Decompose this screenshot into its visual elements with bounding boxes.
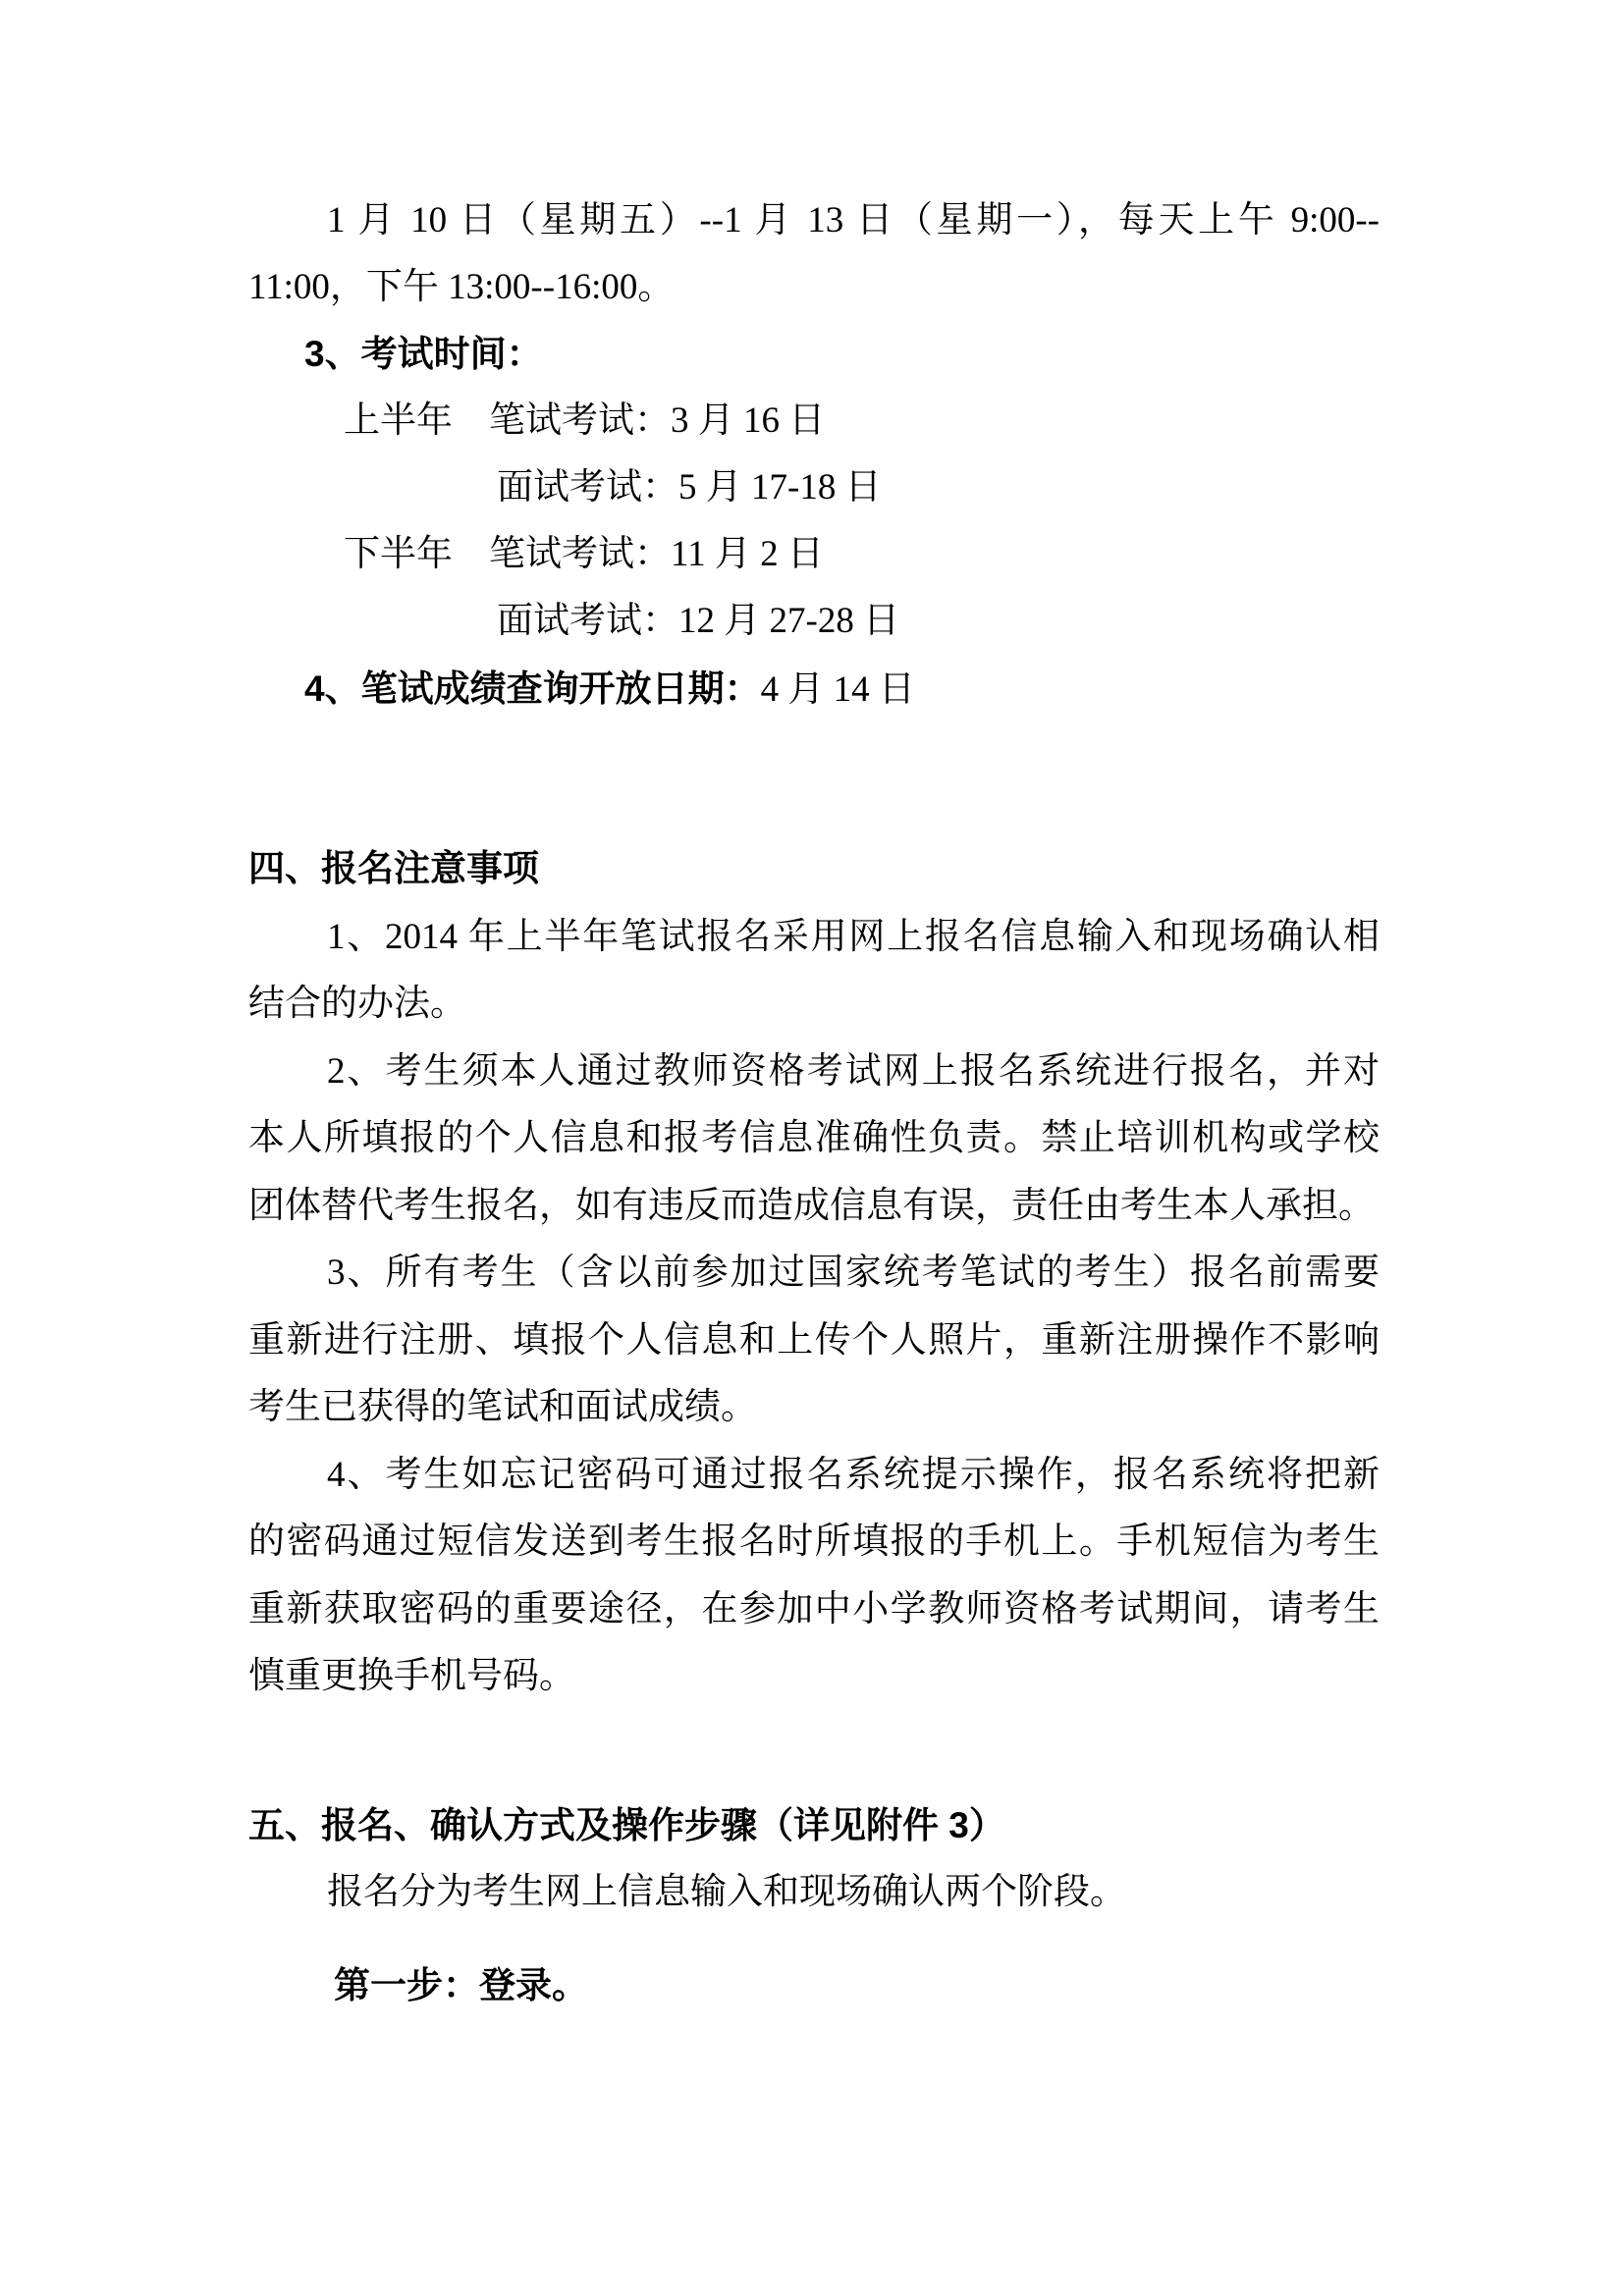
document-page: 1 月 10 日（星期五）--1 月 13 日（星期一），每天上午 9:00--… xyxy=(0,0,1624,2296)
text-line: 1 月 10 日（星期五）--1 月 13 日（星期一），每天上午 9:00-- xyxy=(248,198,1380,243)
heading-text-segment: 四、报名注意事项 xyxy=(248,848,539,888)
body-text-segment: 团体替代考生报名，如有违反而造成信息有误，责任由考生本人承担。 xyxy=(248,1186,1375,1226)
text-line: 3、考试时间： xyxy=(248,332,1380,378)
text-line: 上半年 笔试考试：3 月 16 日 xyxy=(248,399,1380,444)
heading-text-segment: 3、考试时间： xyxy=(304,334,543,374)
heading-text-segment: 五、报名、确认方式及操作步骤（详见附件 3） xyxy=(248,1805,1005,1845)
text-line: 慎重更换手机号码。 xyxy=(248,1654,1380,1699)
text-line: 五、报名、确认方式及操作步骤（详见附件 3） xyxy=(248,1803,1380,1849)
heading-text-segment: 4、笔试成绩查询开放日期： xyxy=(304,668,761,709)
text-line: 重新进行注册、填报个人信息和上传个人照片，重新注册操作不影响 xyxy=(248,1318,1380,1363)
text-line: 报名分为考生网上信息输入和现场确认两个阶段。 xyxy=(248,1870,1380,1915)
body-text-segment: 报名分为考生网上信息输入和现场确认两个阶段。 xyxy=(327,1872,1126,1912)
text-line: 团体替代考生报名，如有违反而造成信息有误，责任由考生本人承担。 xyxy=(248,1184,1380,1229)
body-text-segment: 本人所填报的个人信息和报考信息准确性负责。禁止培训机构或学校 xyxy=(248,1118,1380,1158)
body-text-segment: 3、所有考生（含以前参加过国家统考笔试的考生）报名前需要 xyxy=(327,1253,1380,1293)
text-line: 结合的办法。 xyxy=(248,982,1380,1027)
body-text-segment: 结合的办法。 xyxy=(248,984,466,1024)
text-line: 的密码通过短信发送到考生报名时所填报的手机上。手机短信为考生 xyxy=(248,1520,1380,1565)
text-line: 下半年 笔试考试：11 月 2 日 xyxy=(248,532,1380,577)
body-text-segment: 的密码通过短信发送到考生报名时所填报的手机上。手机短信为考生 xyxy=(248,1522,1380,1562)
body-text-segment: 2、考生须本人通过教师资格考试网上报名系统进行报名，并对 xyxy=(327,1051,1380,1092)
text-line: 2、考生须本人通过教师资格考试网上报名系统进行报名，并对 xyxy=(248,1049,1380,1095)
body-text-segment: 4 月 14 日 xyxy=(761,669,915,710)
text-line: 3、所有考生（含以前参加过国家统考笔试的考生）报名前需要 xyxy=(248,1251,1380,1296)
body-text-segment: 重新进行注册、填报个人信息和上传个人照片，重新注册操作不影响 xyxy=(248,1320,1380,1361)
body-text-segment: 1、2014 年上半年笔试报名采用网上报名信息输入和现场确认相 xyxy=(327,917,1380,957)
body-text-segment: 面试考试：5 月 17-18 日 xyxy=(497,467,882,507)
body-text-segment: 慎重更换手机号码。 xyxy=(248,1656,575,1696)
text-line: 面试考试：5 月 17-18 日 xyxy=(248,465,1380,510)
body-text-segment: 4、考生如忘记密码可通过报名系统提示操作，报名系统将把新 xyxy=(327,1455,1380,1495)
text-line: 考生已获得的笔试和面试成绩。 xyxy=(248,1385,1380,1430)
text-line: 四、报名注意事项 xyxy=(248,846,1380,892)
heading-text-segment: 第一步：登录。 xyxy=(334,1965,588,2005)
text-line: 重新获取密码的重要途径，在参加中小学教师资格考试期间，请考生 xyxy=(248,1587,1380,1632)
text-line: 4、笔试成绩查询开放日期：4 月 14 日 xyxy=(248,667,1380,713)
text-line: 面试考试：12 月 27-28 日 xyxy=(248,599,1380,644)
body-text-segment: 11:00，下午 13:00--16:00。 xyxy=(248,267,674,307)
text-line: 本人所填报的个人信息和报考信息准确性负责。禁止培训机构或学校 xyxy=(248,1116,1380,1161)
text-line: 第一步：登录。 xyxy=(248,1963,1380,2009)
body-text-segment: 上半年 笔试考试：3 月 16 日 xyxy=(344,400,825,441)
text-line: 11:00，下午 13:00--16:00。 xyxy=(248,265,1380,310)
body-text-segment: 1 月 10 日（星期五）--1 月 13 日（星期一），每天上午 9:00-- xyxy=(327,200,1380,240)
body-text-segment: 重新获取密码的重要途径，在参加中小学教师资格考试期间，请考生 xyxy=(248,1589,1380,1629)
body-text-segment: 下半年 笔试考试：11 月 2 日 xyxy=(344,534,824,574)
body-text-segment: 面试考试：12 月 27-28 日 xyxy=(497,601,899,641)
body-text-segment: 考生已获得的笔试和面试成绩。 xyxy=(248,1387,757,1427)
text-line: 1、2014 年上半年笔试报名采用网上报名信息输入和现场确认相 xyxy=(248,915,1380,960)
text-line: 4、考生如忘记密码可通过报名系统提示操作，报名系统将把新 xyxy=(248,1453,1380,1498)
